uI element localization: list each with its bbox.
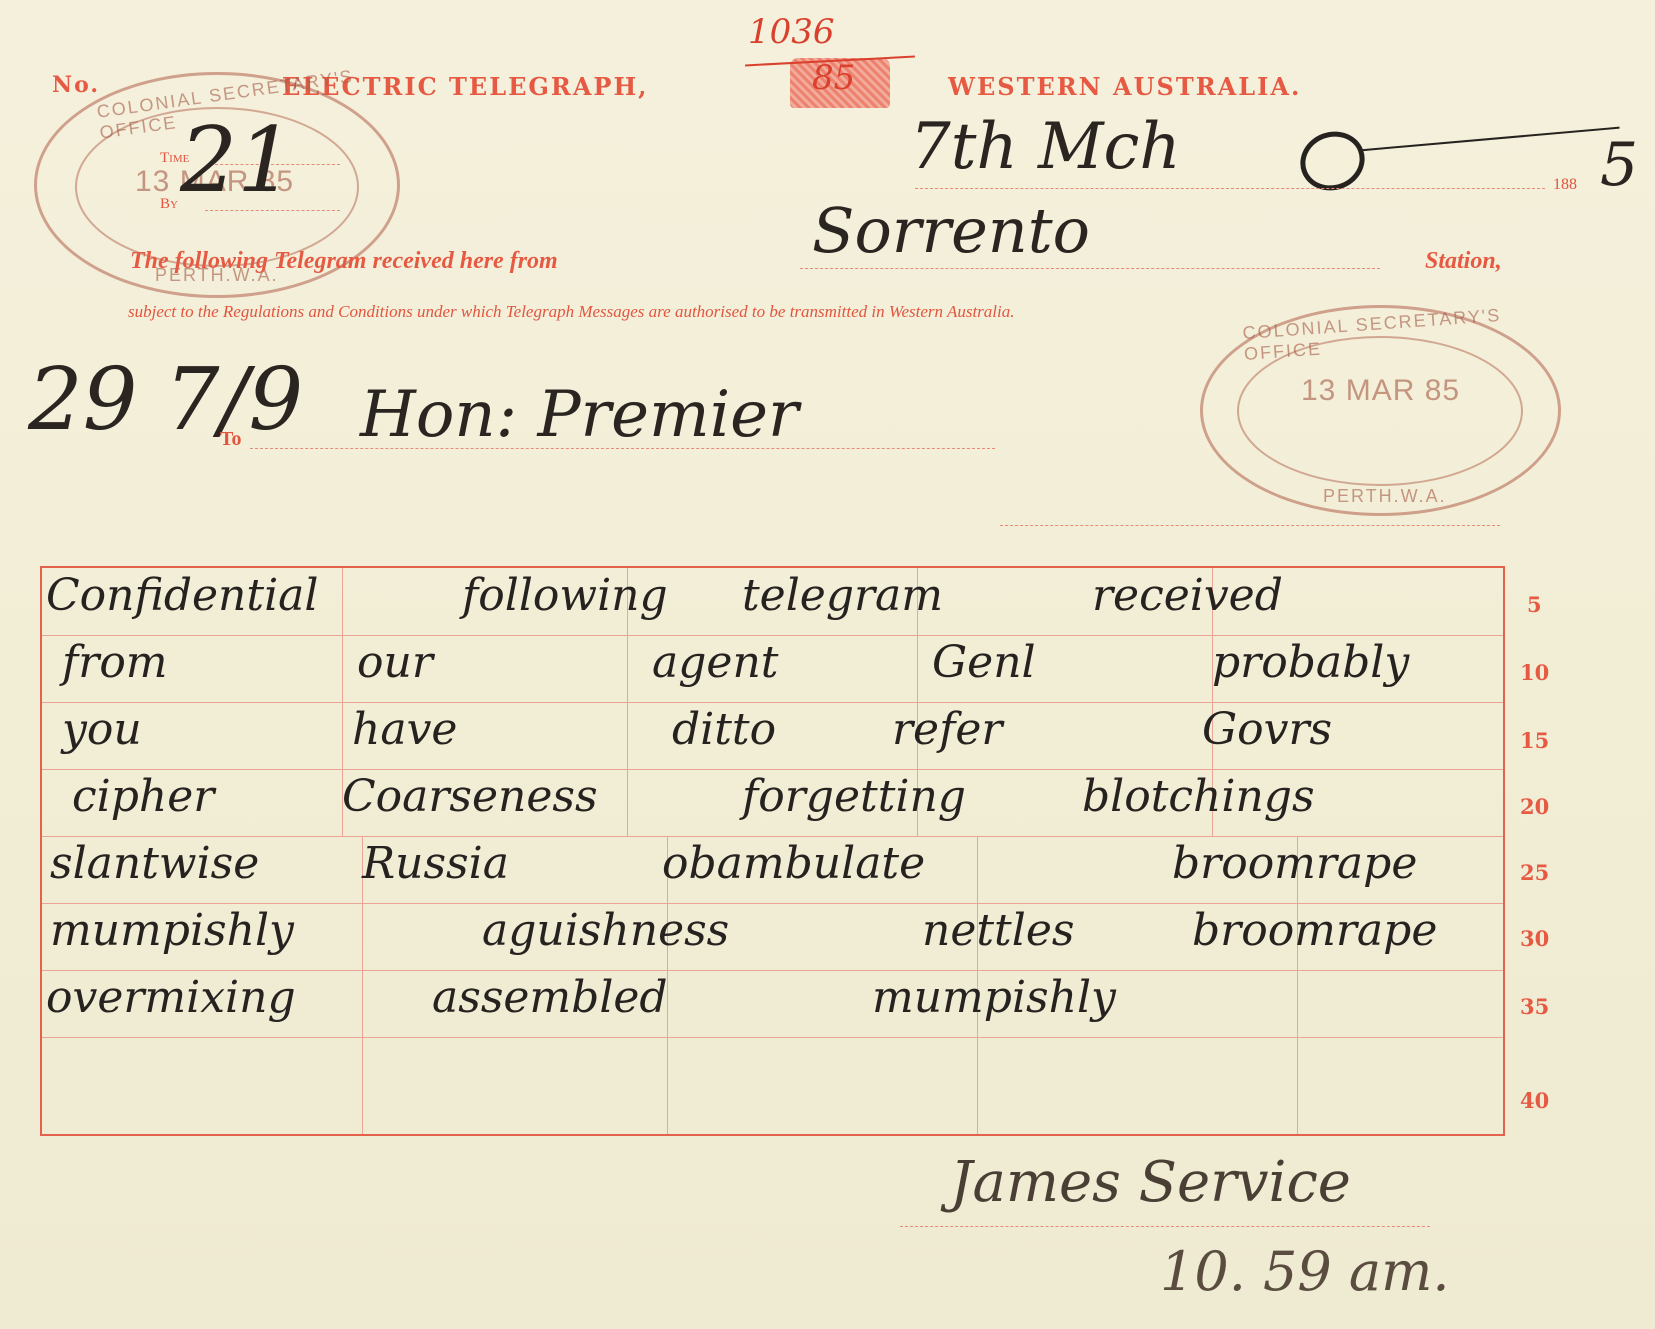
message-grid: Confidential following telegram received…	[40, 566, 1505, 1136]
message-word: nettles	[922, 905, 1074, 956]
station-suffix-label: Station,	[1425, 248, 1502, 275]
time-handwritten: 21	[180, 108, 295, 213]
date-field	[915, 188, 1545, 189]
year-suffix: 5	[1600, 130, 1638, 200]
row-number: 30	[1520, 926, 1549, 951]
stamp-date: 13 MAR 85	[1301, 374, 1460, 408]
station-value: Sorrento	[812, 194, 1090, 267]
message-word: blotchings	[1082, 771, 1315, 822]
row-number: 40	[1520, 1088, 1549, 1113]
message-word: aguishness	[482, 905, 729, 956]
reference-number: 29 7/9	[28, 350, 303, 450]
message-word: Govrs	[1202, 704, 1332, 755]
year-suffix-stroke	[1360, 127, 1619, 152]
row-number: 25	[1520, 860, 1549, 885]
message-word: assembled	[432, 972, 668, 1023]
recipient: Hon: Premier	[360, 378, 799, 452]
message-word: Coarseness	[342, 771, 598, 822]
row-number: 20	[1520, 794, 1549, 819]
telegram-form: No. ELECTRIC TELEGRAPH, WESTERN AUSTRALI…	[0, 0, 1655, 1329]
message-word: agent	[652, 637, 778, 688]
message-word: from	[62, 637, 168, 688]
to-label: To	[220, 428, 242, 451]
message-row: mumpishly aguishness nettles broomrape	[42, 903, 1503, 971]
row-number: 35	[1520, 994, 1549, 1019]
annotation-number: 1036	[748, 12, 835, 52]
address-field	[1000, 525, 1500, 526]
message-row: from our agent Genl probably	[42, 635, 1503, 703]
message-word: Confidential	[46, 570, 318, 621]
regulations-text: subject to the Regulations and Condition…	[128, 302, 1015, 322]
message-row: cipher Coarseness forgetting blotchings	[42, 769, 1503, 837]
message-word: overmixing	[46, 972, 296, 1023]
message-word: obambulate	[662, 838, 925, 889]
message-word: forgetting	[742, 771, 966, 822]
message-row: you have ditto refer Govrs	[42, 702, 1503, 770]
message-row: overmixing assembled mumpishly	[42, 970, 1503, 1038]
form-number-label: No.	[52, 72, 100, 98]
message-word: you	[62, 704, 142, 755]
message-word: telegram	[742, 570, 943, 621]
row-number: 15	[1520, 728, 1549, 753]
station-prefix-label: The following Telegram received here fro…	[130, 248, 558, 275]
year-prefix: 188	[1553, 176, 1577, 194]
by-label: By	[160, 196, 178, 213]
colonial-secretary-stamp-right: COLONIAL SECRETARY'S OFFICE PERTH.W.A. 1…	[1200, 305, 1561, 516]
stamp-ring-bottom: PERTH.W.A.	[1323, 486, 1447, 507]
row-number: 5	[1527, 592, 1542, 617]
message-word: refer	[892, 704, 1002, 755]
signature-field	[900, 1226, 1430, 1227]
message-word: received	[1092, 570, 1283, 621]
message-word: broomrape	[1172, 838, 1417, 889]
form-title-right: WESTERN AUSTRALIA.	[948, 72, 1301, 101]
crest-annotation: 85	[812, 58, 855, 98]
message-word: ditto	[672, 704, 776, 755]
message-row	[42, 1037, 1503, 1134]
message-word: mumpishly	[50, 905, 294, 956]
message-word: Russia	[362, 838, 509, 889]
station-field	[800, 268, 1380, 269]
date-handwritten: 7th Mch	[910, 110, 1181, 184]
message-word: following	[462, 570, 668, 621]
row-number: 10	[1520, 660, 1549, 685]
message-word: probably	[1212, 637, 1409, 688]
message-word: mumpishly	[872, 972, 1116, 1023]
message-word: our	[357, 637, 433, 688]
sender-signature: James Service	[950, 1150, 1351, 1215]
message-row: Confidential following telegram received	[42, 568, 1503, 636]
message-word: broomrape	[1192, 905, 1437, 956]
message-row: slantwise Russia obambulate broomrape	[42, 836, 1503, 904]
message-word: slantwise	[50, 838, 259, 889]
message-word: Genl	[932, 637, 1036, 688]
received-time: 10. 59 am.	[1160, 1240, 1450, 1303]
message-word: cipher	[72, 771, 214, 822]
message-word: have	[352, 704, 457, 755]
